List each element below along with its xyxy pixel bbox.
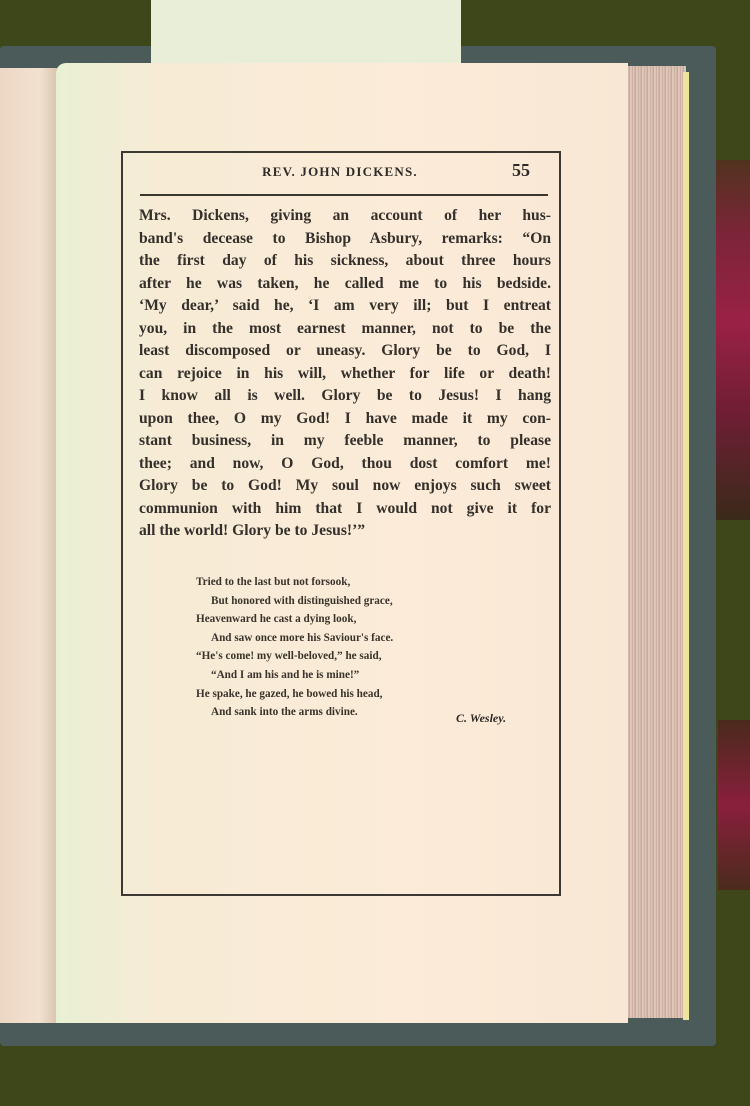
prose-line: ‘My dear,’ said he, ‘I am very ill; but … (139, 295, 551, 318)
prose-paragraph: Mrs. Dickens, giving an account of her h… (139, 205, 551, 543)
poem-attribution: C. Wesley. (456, 711, 506, 726)
prose-line: least discomposed or uneasy. Glory be to… (139, 340, 551, 363)
poem-line: And saw once more his Saviour's face. (196, 629, 541, 648)
prose-line: Mrs. Dickens, giving an account of her h… (139, 205, 551, 228)
prose-line: after he was taken, he called me to his … (139, 273, 551, 296)
left-page (0, 68, 57, 1023)
page-edges (626, 66, 686, 1018)
prose-line: band's decease to Bishop Asbury, remarks… (139, 228, 551, 251)
prose-line: all the world! Glory be to Jesus!’” (139, 520, 551, 543)
prose-line: you, in the most earnest manner, not to … (139, 318, 551, 341)
prose-line: can rejoice in his will, whether for lif… (139, 363, 551, 386)
background-red-object-lower (718, 720, 750, 890)
poem-line: “He's come! my well-beloved,” he said, (196, 647, 541, 666)
poem-line: He spake, he gazed, he bowed his head, (196, 685, 541, 704)
poem-line: “And I am his and he is mine!” (196, 666, 541, 685)
prose-line: the first day of his sickness, about thr… (139, 250, 551, 273)
background-red-object (712, 160, 750, 520)
prose-line: thee; and now, O God, thou dost comfort … (139, 453, 551, 476)
header-rule (140, 194, 548, 196)
prose-line: Glory be to God! My soul now enjoys such… (139, 475, 551, 498)
prose-line: I know all is well. Glory be to Jesus! I… (139, 385, 551, 408)
poem-line: Tried to the last but not forsook, (196, 573, 541, 592)
prose-line: communion with him that I would not give… (139, 498, 551, 521)
page-edge-gilt (683, 72, 689, 1020)
running-head: REV. JOHN DICKENS. (120, 164, 560, 180)
prose-line: upon thee, O my God! I have made it my c… (139, 408, 551, 431)
poem-stanza: Tried to the last but not forsook, But h… (196, 573, 541, 722)
poem-line: Heavenward he cast a dying look, (196, 610, 541, 629)
page-number: 55 (512, 160, 530, 181)
prose-line: stant business, in my feeble manner, to … (139, 430, 551, 453)
poem-line: But honored with distinguished grace, (196, 592, 541, 611)
